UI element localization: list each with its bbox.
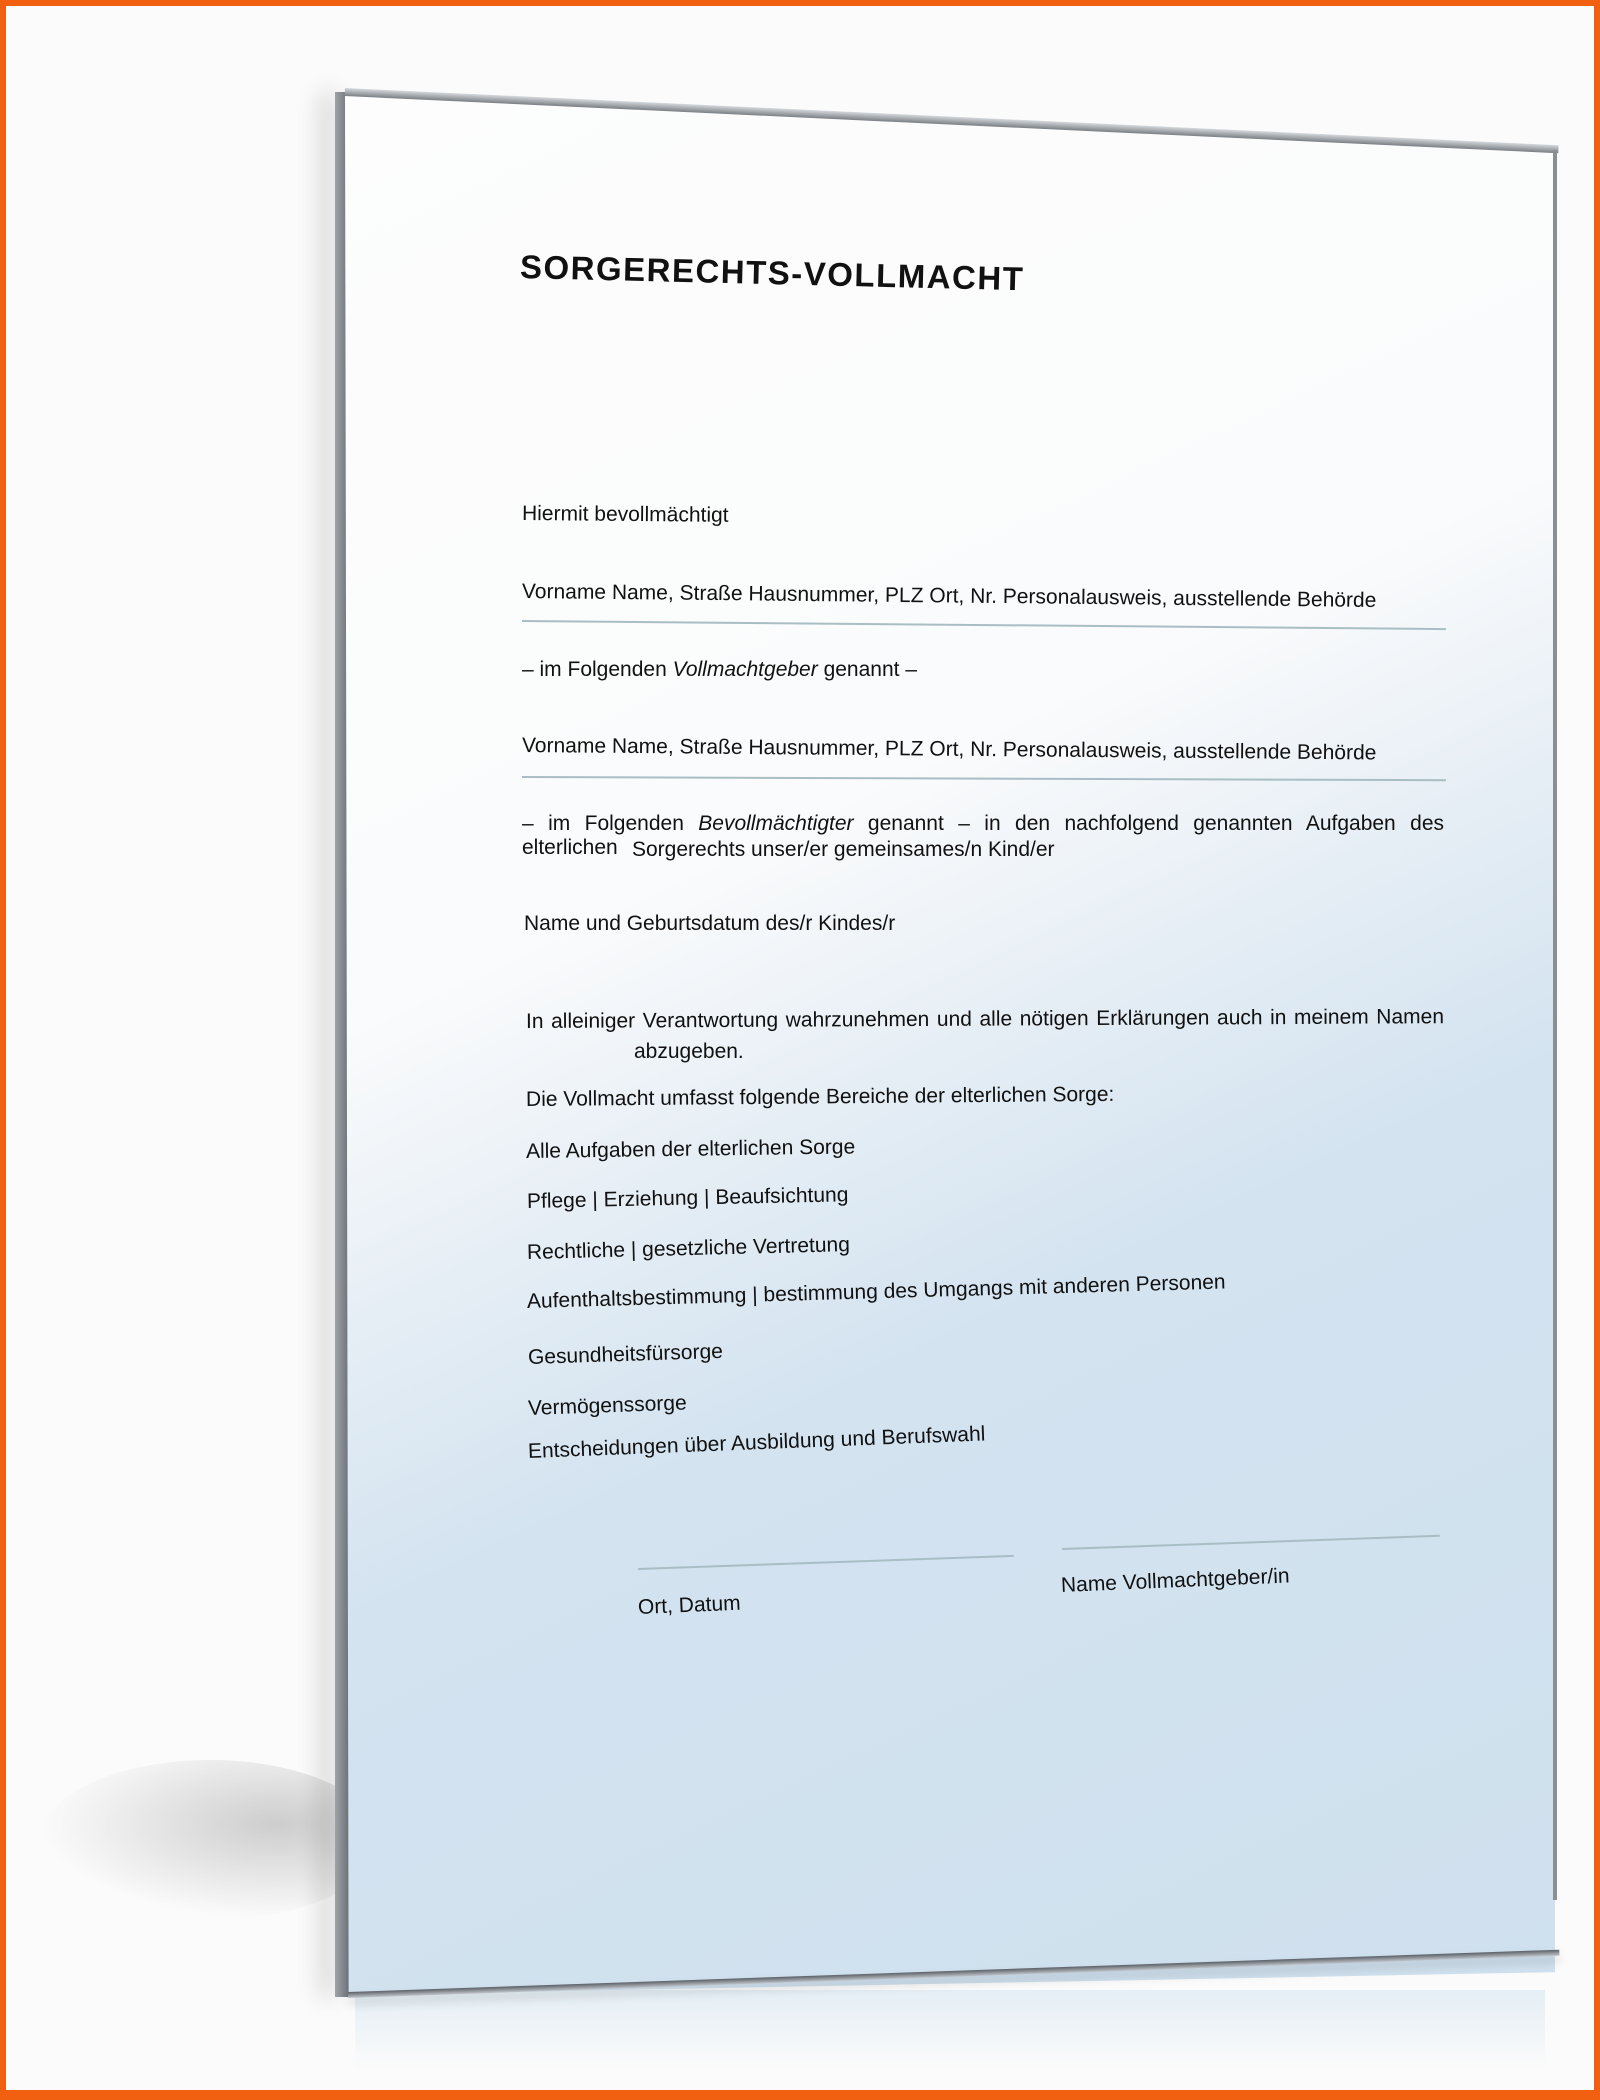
grantor-label: – im Folgenden Vollmachtgeber genannt – xyxy=(522,658,917,682)
document-content: SORGERECHTS-VOLLMACHT Hiermit bevollmäch… xyxy=(0,0,1600,2100)
scope-heading: Die Vollmacht umfasst folgende Bereiche … xyxy=(526,1083,1115,1112)
agent-label-term: Bevollmächtigter xyxy=(698,812,853,835)
intro-text: Hiermit bevollmächtigt xyxy=(522,502,729,528)
scope-item: Vermögenssorge xyxy=(528,1391,688,1421)
place-date-label: Ort, Datum xyxy=(637,1592,741,1620)
scope-item: Alle Aufgaben der elterlichen Sorge xyxy=(526,1135,856,1164)
child-details-field[interactable]: Name und Geburtsdatum des/r Kindes/r xyxy=(524,912,895,936)
grantor-label-suffix: genannt – xyxy=(818,658,917,681)
scope-item: Rechtliche | gesetzliche Vertretung xyxy=(527,1233,850,1265)
agent-label-line2: Sorgerechts unser/er gemeinsames/n Kind/… xyxy=(632,838,1055,862)
grantor-details-field[interactable]: Vorname Name, Straße Hausnummer, PLZ Ort… xyxy=(522,580,1377,613)
place-date-signature-line[interactable] xyxy=(638,1555,1014,1570)
scope-item: Aufenthaltsbestimmung | bestimmung des U… xyxy=(527,1270,1226,1314)
agent-label-prefix: – im Folgenden xyxy=(522,812,698,835)
agent-details-field[interactable]: Vorname Name, Straße Hausnummer, PLZ Ort… xyxy=(522,734,1377,765)
grantor-underline xyxy=(522,620,1446,630)
document-title: SORGERECHTS-VOLLMACHT xyxy=(520,248,1025,298)
scope-item: Pflege | Erziehung | Beaufsichtung xyxy=(527,1183,849,1214)
grantor-label-term: Vollmachtgeber xyxy=(673,658,818,681)
scope-item: Gesundheitsfürsorge xyxy=(528,1340,724,1370)
grantor-name-label: Name Vollmachtgeber/in xyxy=(1060,1564,1290,1598)
grantor-label-prefix: – im Folgenden xyxy=(522,658,673,681)
responsibility-text: In alleiniger Verantwortung wahrzunehmen… xyxy=(526,1005,1444,1034)
scope-item: Entscheidungen über Ausbildung und Beruf… xyxy=(528,1422,986,1464)
agent-underline xyxy=(522,776,1446,781)
responsibility-text-line2: abzugeben. xyxy=(634,1040,744,1064)
grantor-signature-line[interactable] xyxy=(1062,1535,1440,1550)
